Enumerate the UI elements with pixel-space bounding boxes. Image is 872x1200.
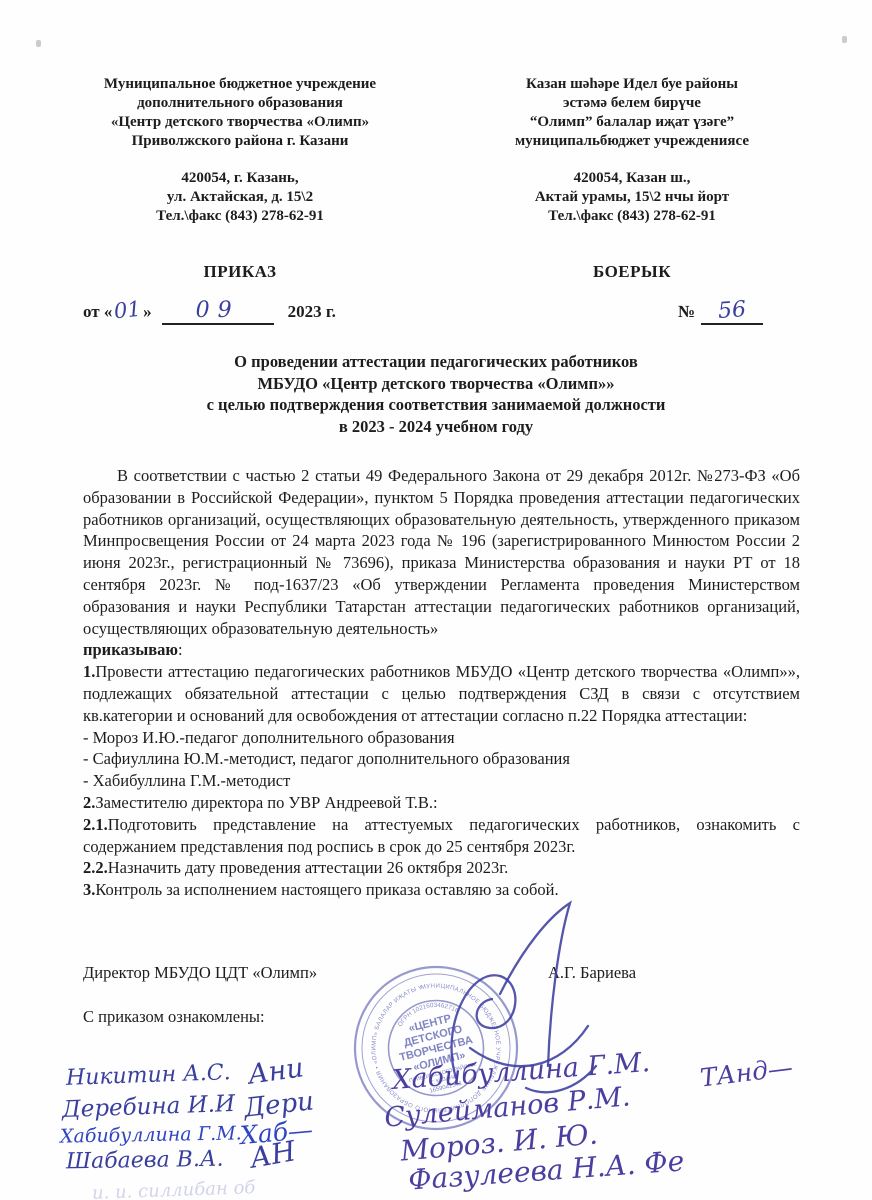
org-name-line: “Олимп” балалар иҗат үзәге” — [436, 113, 828, 132]
body-paragraph: 2.2.Назначить дату проведения аттестации… — [83, 857, 800, 879]
org-name-line: «Центр детского творчества «Олимп» — [44, 113, 436, 132]
body-paragraph: В соответствии с частью 2 статьи 49 Феде… — [83, 465, 800, 639]
subject-line: О проведении аттестации педагогических р… — [86, 351, 786, 373]
order-number: №56 — [678, 298, 763, 325]
address-line: 420054, Казан ш., — [436, 169, 828, 188]
date-prefix: от « — [83, 302, 112, 321]
body-paragraph: 2.1.Подготовить представление на аттесту… — [83, 814, 800, 858]
letterhead: Муниципальное бюджетное учреждение допол… — [44, 75, 828, 226]
handwritten-number: 56 — [717, 297, 747, 324]
org-name-line: Приволжского района г. Казани — [44, 132, 436, 151]
date-year: 2023 г. — [288, 302, 336, 321]
letterhead-russian: Муниципальное бюджетное учреждение допол… — [44, 75, 436, 226]
ack-name-handwritten: Никитин А.С. — [66, 1060, 231, 1091]
phone-line: Тел.\факс (843) 278-62-91 — [44, 207, 436, 226]
org-name-line: Казан шәһәре Идел буе районы — [436, 75, 828, 94]
org-name-line: дополнительного образования — [44, 94, 436, 113]
scanned-order-document: Муниципальное бюджетное учреждение допол… — [0, 0, 872, 1200]
org-name-line: Муниципальное бюджетное учреждение — [44, 75, 436, 94]
number-blank-line: 56 — [701, 298, 763, 325]
body-paragraph: приказываю: — [83, 639, 800, 661]
body-paragraph: 1.Провести аттестацию педагогических раб… — [83, 661, 800, 726]
ack-name-handwritten: Деребина И.И — [62, 1091, 236, 1123]
order-date: от «01»092023 г. — [83, 298, 336, 325]
handwritten-day: 01 — [113, 297, 142, 324]
body-paragraph: 3.Контроль за исполнением настоящего при… — [83, 879, 800, 901]
subject-line: с целью подтверждения соответствия заним… — [86, 394, 786, 416]
list-item: - Хабибуллина Г.М.-методист — [83, 770, 800, 792]
org-name-line: эстәмә белем бирүче — [436, 94, 828, 113]
ack-name-handwritten: Хабибуллина Г.М. — [60, 1122, 242, 1147]
faint-handwriting: и. и. силлибан об — [92, 1177, 256, 1200]
body-paragraph: 2.Заместителю директора по УВР Андреевой… — [83, 792, 800, 814]
subject-line: в 2023 - 2024 учебном году — [86, 416, 786, 438]
date-number-row: от «01»092023 г. №56 — [83, 298, 789, 325]
director-name: А.Г. Бариева — [548, 963, 636, 983]
letterhead-tatar: Казан шәһәре Идел буе районы эстәмә беле… — [436, 75, 828, 226]
org-address: 420054, Казан ш., Актай урамы, 15\2 нчы … — [436, 169, 828, 226]
date-close-quote: » — [143, 302, 152, 321]
address-line: ул. Актайская, д. 15\2 — [44, 188, 436, 207]
handwritten-month: 09 — [196, 298, 240, 323]
org-name-line: муниципальбюджет учреждениясе — [436, 132, 828, 151]
order-titles-row: ПРИКАЗ БОЕРЫК — [44, 262, 828, 282]
order-subject: О проведении аттестации педагогических р… — [86, 351, 786, 437]
month-blank-line: 09 — [162, 298, 274, 325]
order-title-ru: ПРИКАЗ — [44, 262, 436, 282]
phone-line: Тел.\факс (843) 278-62-91 — [436, 207, 828, 226]
subject-line: МБУДО «Центр детского творчества «Олимп»… — [86, 373, 786, 395]
ack-signature-scribble: АН — [247, 1134, 298, 1174]
list-item: - Сафиуллина Ю.М.-методист, педагог допо… — [83, 748, 800, 770]
ack-signature-scribble: ТАнд— — [699, 1052, 795, 1092]
scan-artifact — [842, 36, 847, 43]
org-address: 420054, г. Казань, ул. Актайская, д. 15\… — [44, 169, 436, 226]
address-line: Актай урамы, 15\2 нчы йорт — [436, 188, 828, 207]
order-body: В соответствии с частью 2 статьи 49 Феде… — [83, 465, 800, 901]
scan-artifact — [36, 40, 41, 47]
ack-signature-scribble: Ани — [246, 1052, 305, 1090]
ack-name-handwritten: Шабаева В.А. — [66, 1147, 224, 1175]
address-line: 420054, г. Казань, — [44, 169, 436, 188]
order-title-tat: БОЕРЫК — [436, 262, 828, 282]
director-title: Директор МБУДО ЦДТ «Олимп» — [83, 963, 317, 982]
number-sign: № — [678, 302, 695, 321]
list-item: - Мороз И.Ю.-педагог дополнительного обр… — [83, 727, 800, 749]
